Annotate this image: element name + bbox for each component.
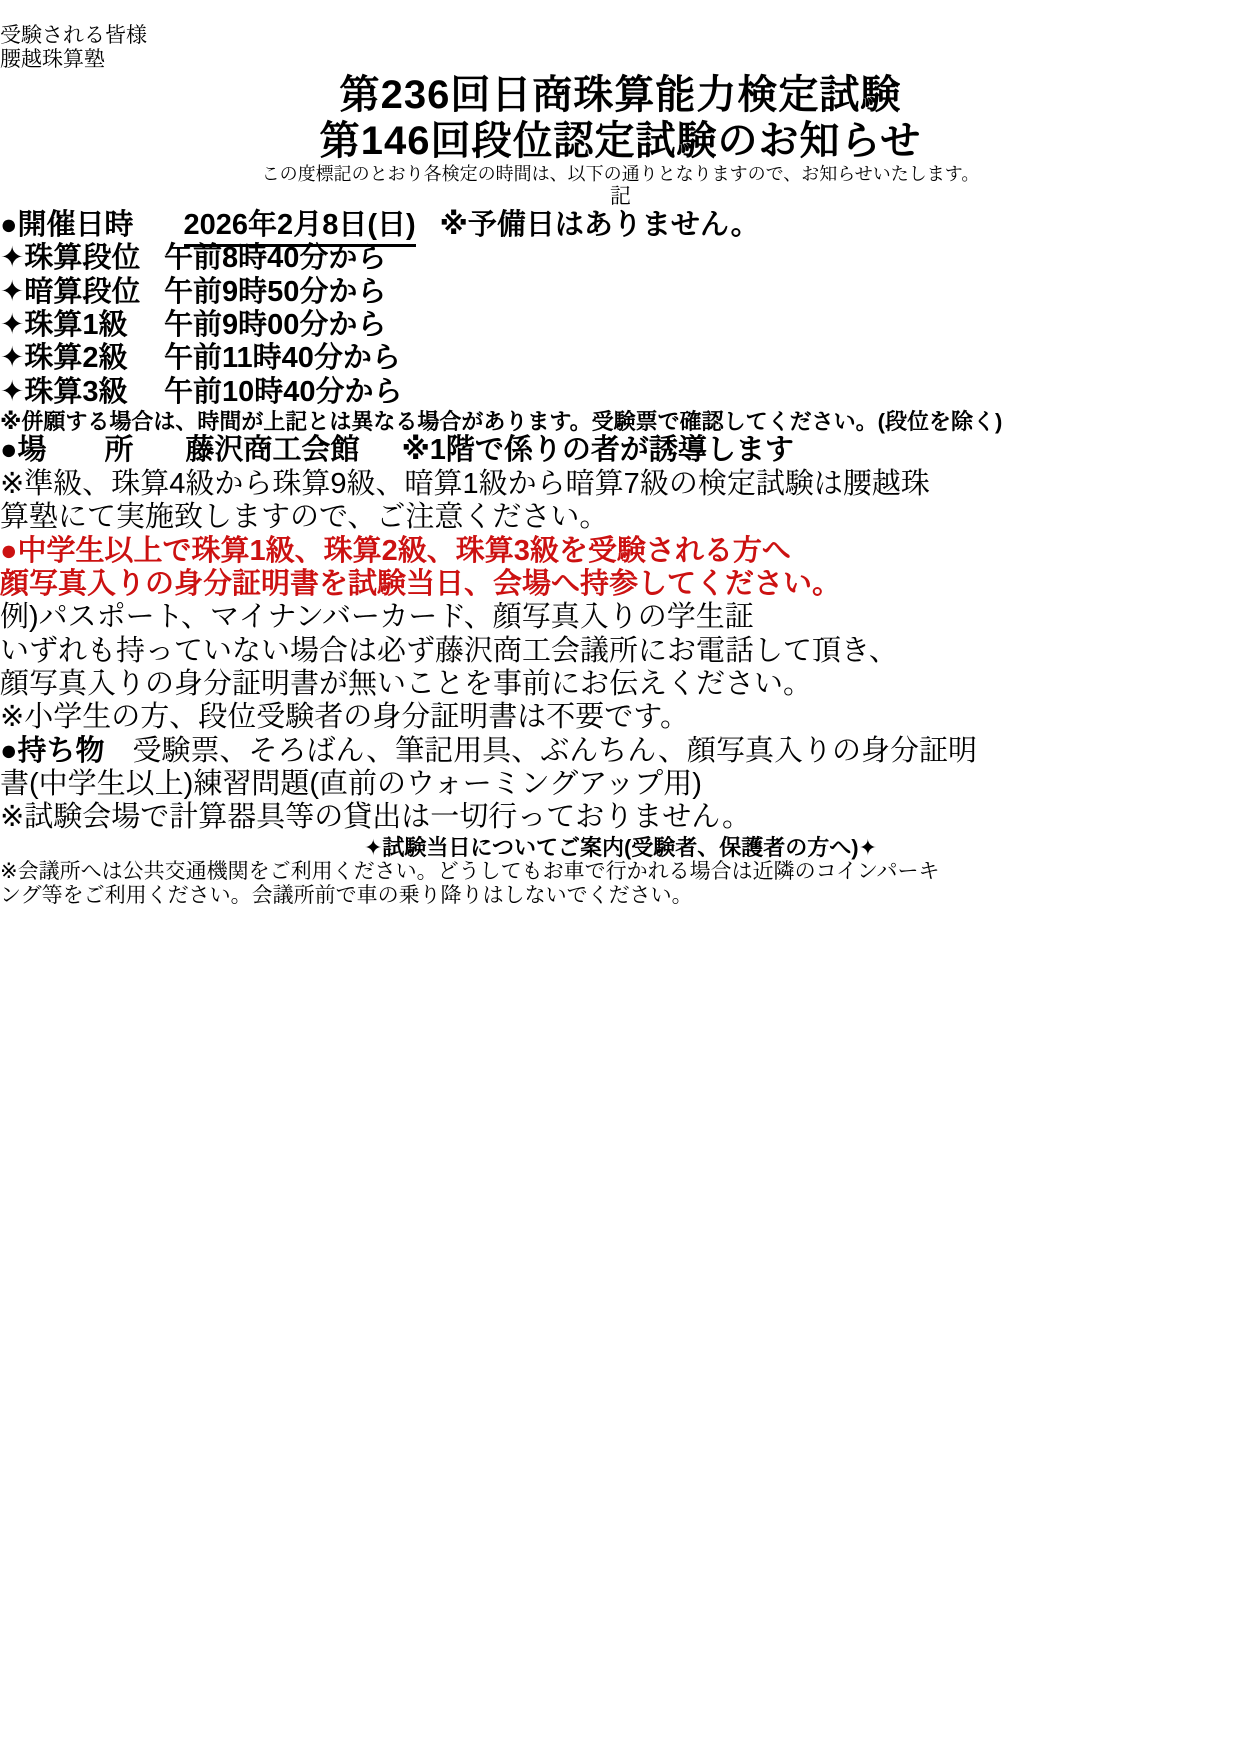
title-line-2: 第146回段位認定試験のお知らせ: [0, 118, 1241, 164]
diamond-bullet-icon: ✦: [0, 342, 24, 374]
diamond-bullet-icon: ✦: [0, 276, 24, 308]
exam-time: 午前8時40分から: [164, 242, 386, 274]
combined-application-note: ※併願する場合は、時間が上記とは異なる場合があります。受験票で確認してください。…: [0, 409, 1241, 434]
belongings-items: 受験票、そろばん、筆記用具、ぶんちん、顔写真入りの身分証明: [133, 735, 977, 767]
schedule-heading: ●開催日時2026年2月8日(日)※予備日はありません。: [0, 209, 1241, 242]
intro-text: この度標記のとおり各検定の時間は、以下の通りとなりますので、お知らせいたします。: [0, 164, 1241, 185]
organization-name: 腰越珠算塾: [0, 48, 1241, 72]
circle-bullet-icon: ●: [0, 434, 18, 466]
time-list-item: ✦珠算段位午前8時40分から: [0, 242, 1241, 275]
rental-note: ※試験会場で計算器具等の貸出は一切行っておりません。: [0, 801, 1241, 834]
venue-heading: ●場 所藤沢商工会館※1階で係りの者が誘導します: [0, 434, 1241, 467]
exam-label: 珠算3級: [24, 376, 127, 408]
diamond-bullet-icon: ✦: [0, 242, 24, 274]
no-id-line-1: いずれも持っていない場合は必ず藤沢商工会議所にお電話して頂き、: [0, 635, 1241, 668]
exam-label: 珠算2級: [24, 342, 127, 374]
record-marker: 記: [0, 185, 1241, 209]
circle-bullet-icon: ●: [0, 735, 18, 767]
title-line-1: 第236回日商珠算能力検定試験: [0, 72, 1241, 118]
id-exempt-note: ※小学生の方、段位受験者の身分証明書は不要です。: [0, 701, 1241, 734]
exam-time: 午前10時40分から: [164, 376, 403, 408]
diamond-bullet-icon: ✦: [0, 309, 24, 341]
venue-guide-note: ※1階で係りの者が誘導します: [402, 434, 794, 466]
id-notice-heading-text: 中学生以上で珠算1級、珠算2級、珠算3級を受験される方へ: [18, 535, 791, 567]
day-info-note-line-1: ※会議所へは公共交通機関をご利用ください。どうしてもお車で行かれる場合は近隣のコ…: [0, 860, 1241, 884]
schedule-label: 開催日時: [18, 209, 134, 241]
time-list-item: ✦暗算段位午前9時50分から: [0, 276, 1241, 309]
exam-time: 午前11時40分から: [164, 342, 401, 374]
belongings-line-2: 書(中学生以上)練習問題(直前のウォーミングアップ用): [0, 768, 1241, 801]
notice-document: 受験される皆様 腰越珠算塾 第236回日商珠算能力検定試験 第146回段位認定試…: [0, 0, 1241, 1755]
exam-time: 午前9時00分から: [164, 309, 386, 341]
circle-bullet-icon: ●: [0, 535, 18, 567]
id-examples: 例)パスポート、マイナンバーカード、顔写真入りの学生証: [0, 601, 1241, 634]
time-list-item: ✦珠算3級午前10時40分から: [0, 376, 1241, 409]
time-list-item: ✦珠算2級午前11時40分から: [0, 342, 1241, 375]
day-info-heading: ✦試験当日についてご案内(受験者、保護者の方へ)✦: [0, 835, 1241, 860]
venue-name: 藤沢商工会館: [186, 434, 360, 466]
no-id-line-2: 顔写真入りの身分証明書が無いことを事前にお伝えください。: [0, 668, 1241, 701]
exam-label: 暗算段位: [24, 276, 140, 308]
id-notice-instruction: 顔写真入りの身分証明書を試験当日、会場へ持参してください。: [0, 568, 1241, 601]
exam-label: 珠算1級: [24, 309, 127, 341]
venue-label: 場 所: [18, 434, 134, 466]
exam-time: 午前9時50分から: [164, 276, 386, 308]
venue-exception-line-1: ※準級、珠算4級から珠算9級、暗算1級から暗算7級の検定試験は腰越珠: [0, 468, 1241, 501]
belongings-line-1: ●持ち物受験票、そろばん、筆記用具、ぶんちん、顔写真入りの身分証明: [0, 735, 1241, 768]
venue-exception-line-2: 算塾にて実施致しますので、ご注意ください。: [0, 501, 1241, 534]
day-info-note-line-2: ング等をご利用ください。会議所前で車の乗り降りはしないでください。: [0, 884, 1241, 908]
circle-bullet-icon: ●: [0, 209, 18, 241]
diamond-bullet-icon: ✦: [0, 376, 24, 408]
greeting-text: 受験される皆様: [0, 0, 1241, 48]
exam-label: 珠算段位: [24, 242, 140, 274]
no-reserve-day-note: ※予備日はありません。: [440, 209, 760, 241]
belongings-label: 持ち物: [18, 735, 105, 767]
time-list-item: ✦珠算1級午前9時00分から: [0, 309, 1241, 342]
id-notice-heading: ●中学生以上で珠算1級、珠算2級、珠算3級を受験される方へ: [0, 535, 1241, 568]
